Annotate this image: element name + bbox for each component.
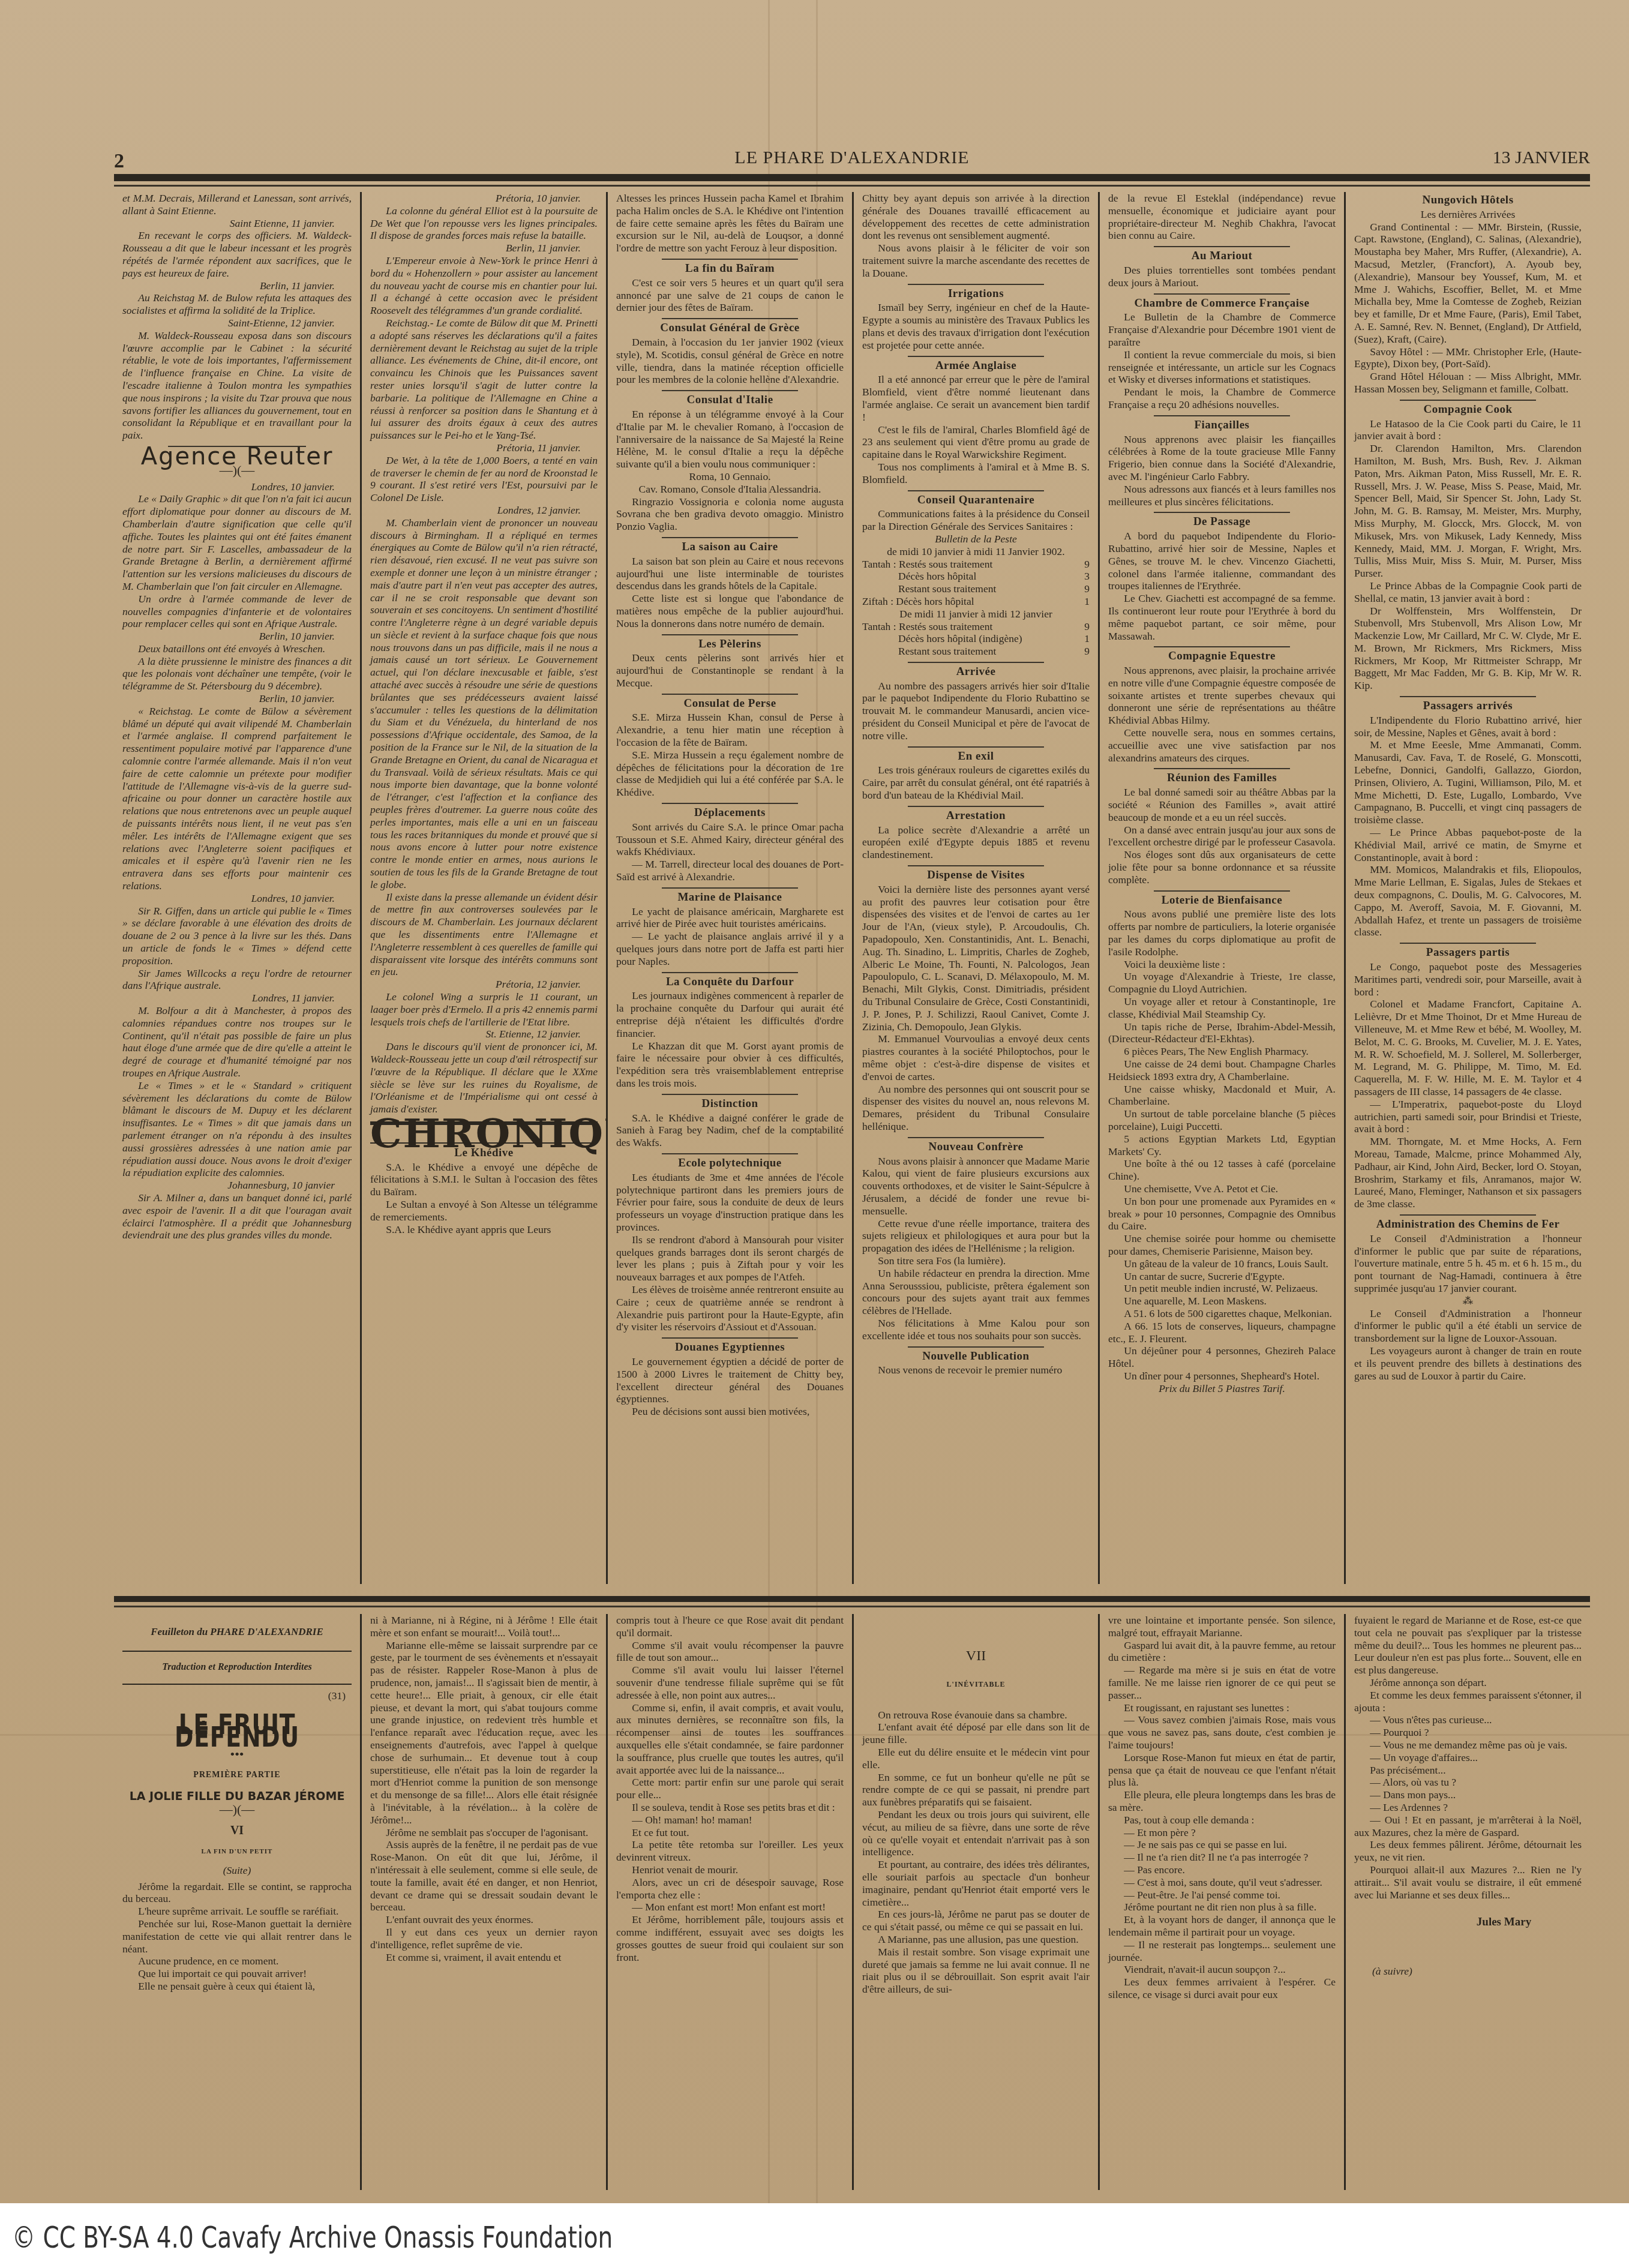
dateline: Prétoria, 11 janvier. [370,442,581,454]
serial-text: En somme, ce fut un bonheur qu'elle ne p… [862,1771,1090,1808]
section-heading: Réunion des Familles [1108,772,1336,785]
issue-date: 13 JANVIER [1493,148,1591,168]
article-text: Ismaïl bey Serry, ingénieur en chef de l… [862,301,1090,351]
bulletin-title: Bulletin de la Peste [862,533,1090,545]
section-divider [1154,768,1290,769]
section-divider [1154,890,1290,892]
dateline: Berlin, 10 janvier. [122,692,335,705]
row-label: Ziftah : Décès hors hôpital [862,595,1072,608]
serial-text: — Il ne resterait pas longtemps... seule… [1108,1939,1336,1964]
article-text: Le « Times » et le « Standard » critique… [122,1079,352,1179]
article-text: — M. Tarrell, directeur local des douane… [616,858,844,883]
section-heading: Consulat d'Italie [616,394,844,407]
serial-text: La petite tête retomba sur l'oreiller. L… [616,1838,844,1864]
section-divider [662,803,798,804]
serial-text: — Les Ardennes ? [1354,1801,1582,1814]
section-divider [1400,696,1536,697]
serial-text: compris tout à l'heure ce que Rose avait… [616,1614,844,1639]
article-text: Dans le discours qu'il vient de prononce… [370,1040,598,1115]
section-divider [908,865,1044,866]
section-divider [662,537,798,538]
article-text: Le yacht de plaisance américain, Marghar… [616,905,844,931]
serial-text: L'enfant ouvrait des yeux énormes. [370,1913,598,1926]
section-divider [662,634,798,635]
serial-text: — Et mon père ? [1108,1826,1336,1839]
newspaper-title: LE PHARE D'ALEXANDRIE [114,148,1590,168]
lottery-item: Une caisse whisky, Macdonald et Muir, A.… [1108,1083,1336,1108]
serial-text: Il se souleva, tendit à Rose ses petits … [616,1801,844,1814]
section-divider [908,490,1044,491]
serial-title: LE FRUIT DÉFENDU [143,1718,331,1744]
article-text: Le Chev. Giachetti est accompagné de sa … [1108,592,1336,642]
article-text: La saison bat son plein au Caire et nous… [616,555,844,592]
serial-text: Comme s'il avait voulu lui laisser l'éte… [616,1664,844,1701]
article-text: — L'Imperatrix, paquebot-poste du Lloyd … [1354,1098,1582,1135]
passenger-list: Colonel et Madame Francfort, Capitaine A… [1354,998,1582,1097]
article-text: Nous apprenons, avec plaisir, la prochai… [1108,664,1336,727]
serial-text: Comme s'il avait voulu récompenser la pa… [616,1639,844,1664]
section-subheading: Les dernières Arrivées [1354,208,1582,221]
lottery-item: Un tapis riche de Perse, Ibrahim-Abdel-M… [1108,1021,1336,1046]
serial-text: — Oui ! Et en passant, je m'arrêterai à … [1354,1814,1582,1839]
dateline: Berlin, 11 janvier. [370,242,581,254]
article-text: Les journaux indigènes commencent à repa… [616,989,844,1039]
column-4: Chitty bey ayant depuis son arrivée à la… [852,192,1098,1584]
serial-text: — Mon enfant est mort! Mon enfant est mo… [616,1901,844,1913]
chapter-title: LA FIN D'UN PETIT [122,1846,352,1858]
serial-text: Et ce fut tout. [616,1826,844,1839]
article-text: Au nombre des passagers arrivés hier soi… [862,680,1090,742]
passenger-list: MM. Thorngate, M. et Mme Hocks, A. Fern … [1354,1135,1582,1210]
feuilleton-column-5: vre une lointaine et importante pensée. … [1098,1614,1344,2190]
section-heading: Conseil Quarantenaire [862,494,1090,507]
serial-text: Et rougissant, en rajustant ses lunettes… [1108,1702,1336,1714]
passenger-list: Dr Wolffenstein, Mrs Wolffenstein, Dr St… [1354,605,1582,692]
row-value: 9 [1072,583,1090,595]
column-2: Prétoria, 10 janvier. La colonne du géné… [360,192,606,1584]
dateline: Prétoria, 12 janvier. [370,978,581,991]
lottery-item: Un dîner pour 4 personnes, Shepheard's H… [1108,1370,1336,1382]
lottery-item: Un surtout de table porcelaine blanche (… [1108,1108,1336,1133]
feuilleton-section: Feuilleton du PHARE D'ALEXANDRIE Traduct… [114,1614,1590,2190]
section-divider [1400,1214,1536,1216]
row-value: 1 [1072,632,1090,645]
serial-text: — Vous savez combien j'aimais Rose, mais… [1108,1714,1336,1751]
dateline: Prétoria, 10 janvier. [370,192,581,205]
serial-text: — Vous ne me demandez même pas où je vai… [1354,1739,1582,1751]
article-text: Cette liste est si longue que l'abondanc… [616,592,844,629]
lottery-item: Un déjeûner pour 4 personnes, Ghezireh P… [1108,1345,1336,1370]
serial-text: — C'est à moi, sans doute, qu'il veut s'… [1108,1876,1336,1889]
bulletin-range: De midi 11 janvier à midi 12 janvier [862,608,1090,620]
section-heading-agence-reuter: Agence Reuter [122,451,352,463]
column-5: de la revue El Esteklal (indépendance) r… [1098,192,1344,1584]
article-text: Deux cents pèlerins sont arrivés hier et… [616,652,844,689]
installment-number: (31) [128,1690,346,1702]
serial-text: Et comme les deux femmes paraissent s'ét… [1354,1689,1582,1714]
serial-text: Pas précisément... [1354,1764,1582,1777]
section-heading: Irrigations [862,288,1090,301]
section-divider [1154,415,1290,416]
article-text: Sir R. Giffen, dans un article qui publi… [122,905,352,967]
article-text: Il contient la revue commerciale du mois… [1108,349,1336,386]
serial-text: L'enfant avait été déposé par elle dans … [862,1721,1090,1746]
article-text: Reichstag.- Le comte de Bülow dit que M.… [370,317,598,442]
ornament: —)(— [122,1804,352,1816]
article-text: Un ordre à l'armée commande de lever de … [122,593,352,630]
section-heading: Au Mariout [1108,250,1336,263]
serial-text: vre une lointaine et importante pensée. … [1108,1614,1336,1639]
asterism: ⁂ [1354,1295,1582,1307]
copyright-notice: © CC BY-SA 4.0 Cavafy Archive Onassis Fo… [12,2220,613,2255]
article-text: S.A. le Khédive a envoyé une dépêche de … [370,1161,598,1198]
lottery-item: A 66. 15 lots de conserves, liqueurs, ch… [1108,1320,1336,1345]
article-text: M. Chamberlain vient de prononcer un nou… [370,517,598,891]
article-text: Le bal donné samedi soir au théâtre Abba… [1108,786,1336,823]
feuilleton-rule [114,1596,1590,1602]
feuilleton-column-4: VII L'INÉVITABLE On retrouva Rose évanou… [852,1614,1098,2190]
article-text: Cette nouvelle sera, nous en sommes cert… [1108,727,1336,764]
article-text: L'Empereur envoie à New-York le prince H… [370,254,598,317]
section-heading: La saison au Caire [616,541,844,554]
article-text: Communications faites à la présidence du… [862,508,1090,533]
section-divider [662,390,798,391]
row-label: Tantah : Restés sous traitement [862,558,1072,571]
serial-text: — Alors, où vas tu ? [1354,1776,1582,1789]
article-text: Le gouvernement égyptien a décidé de por… [616,1355,844,1405]
serial-text: — Oh! maman! ho! maman! [616,1814,844,1826]
section-divider [908,356,1044,357]
article-text: Sir James Willcocks a reçu l'ordre de re… [122,967,352,992]
author-signature: Jules Mary [1354,1916,1582,1929]
serial-text: Pas, tout à coup elle demanda : [1108,1814,1336,1826]
serial-text: Elle ne pensait guère à ceux qui étaient… [122,1980,352,1993]
article-text: Voici la dernière liste des personnes ay… [862,883,1090,1033]
lottery-item: Un voyage d'Alexandrie à Trieste, 1re cl… [1108,970,1336,995]
dateline: Saint-Etienne, 12 janvier. [122,317,335,329]
serial-text: Alors, avec un cri de désespoir sauvage,… [616,1876,844,1901]
article-text: Sir A. Milner a, dans un banquet donné i… [122,1192,352,1241]
chapter-number: VII [862,1650,1090,1663]
feuilleton-header: Feuilleton du PHARE D'ALEXANDRIE [122,1614,352,1652]
serial-text: Les deux femmes arrivaient à l'espérer. … [1108,1976,1336,2001]
lottery-item: Une caisse de 24 demi bout. Champagne Ch… [1108,1058,1336,1083]
serial-text: — Pas encore. [1108,1864,1336,1876]
section-heading: Consulat de Perse [616,698,844,710]
serial-text: — Dans mon pays... [1354,1789,1582,1801]
serial-text: A Marianne, pas une allusion, pas une qu… [862,1933,1090,1946]
article-text: S.E. Mirza Hussein a reçu également nomb… [616,749,844,799]
hotel-arrivals: Grand Hôtel Hélouan : — Miss Albright, M… [1354,370,1582,395]
part-label: PREMIÈRE PARTIE [122,1769,352,1782]
article-text: Il a eté annoncé par erreur que le père … [862,373,1090,423]
section-divider [908,662,1044,663]
table-row: Tantah : Restés sous traitement9 [862,558,1090,571]
serial-text: — Il ne t'a rien dit? Il ne t'a pas inte… [1108,1851,1336,1864]
section-heading: Chambre de Commerce Française [1108,298,1336,310]
serial-text: Mais il restait sombre. Son visage expri… [862,1946,1090,1996]
newspaper-page: 2 LE PHARE D'ALEXANDRIE 13 JANVIER et M.… [0,0,1629,2203]
section-divider [908,806,1044,807]
article-text: M. Bolfour a dit à Manchester, à propos … [122,1004,352,1079]
section-heading: Arrestation [862,810,1090,823]
article-text: Un habile rédacteur en prendra la direct… [862,1267,1090,1317]
article-text: Chitty bey ayant depuis son arrivée à la… [862,192,1090,242]
article-text: Le Sultan a envoyé à Son Altesse un télé… [370,1198,598,1223]
article-text: Le Conseil d'Administration a l'honneur … [1354,1307,1582,1345]
serial-text: Marianne elle-même se laissait surprendr… [370,1639,598,1826]
lottery-item: Un cantar de sucre, Sucrerie d'Egypte. [1108,1270,1336,1283]
dateline: Berlin, 10 janvier. [122,630,335,643]
dateline: Johannesburg, 10 janvier [122,1179,335,1192]
serial-text: En ces jours-là, Jérôme ne parut pas se … [862,1908,1090,1933]
row-label: Décès hors hôpital (indigène) [862,632,1072,645]
table-row: Ziftah : Décès hors hôpital1 [862,595,1090,608]
serial-subtitle: LA JOLIE FILLE DU BAZAR JÉROME [122,1790,352,1803]
plague-table-1: Tantah : Restés sous traitement9 Décès h… [862,558,1090,608]
article-text: Les étudiants de 3me et 4me années de l'… [616,1171,844,1234]
article-text: Ringrazio Vossignoria e colonia nome aug… [616,496,844,533]
serial-text: Et, à la voyant hors de danger, il annon… [1108,1913,1336,1939]
lottery-item: Une chemise soirée pour homme ou chemise… [1108,1232,1336,1258]
lottery-item: Un bon pour une promenade aux Pyramides … [1108,1195,1336,1232]
article-text: A bord du paquebot Indipendente du Flori… [1108,530,1336,592]
section-heading: Passagers partis [1354,947,1582,959]
section-heading: En exil [862,751,1090,763]
plague-table-2: Tantah : Restés sous traitement9 Décès h… [862,620,1090,658]
serial-text: Et comme si, vraiment, il avait entendu … [370,1951,598,1964]
article-text: M. Emmanuel Vourvoulias a envoyé deux ce… [862,1033,1090,1082]
section-heading: Consulat Général de Grèce [616,322,844,335]
serial-text: Elle eut du délire ensuite et le médecin… [862,1746,1090,1771]
section-heading: Armée Anglaise [862,360,1090,373]
section-heading: De Passage [1108,516,1336,529]
serial-text: — Vous n'êtes pas curieuse... [1354,1714,1582,1726]
serial-text: ni à Marianne, ni à Régine, ni à Jérôme … [370,1614,598,1639]
lottery-item: 5 actions Egyptian Markets Ltd, Egyptian… [1108,1133,1336,1158]
table-row: Restant sous traitement9 [862,583,1090,595]
section-divider [908,1346,1044,1348]
row-value: 9 [1072,558,1090,571]
reproduction-notice: Traduction et Reproduction Interdites [122,1652,352,1685]
article-text: Le « Daily Graphic » dit que l'on n'a fa… [122,493,352,592]
article-text: La colonne du général Elliot est à la po… [370,205,598,242]
article-text: Nous avons plaisir à annoncer que Madame… [862,1155,1090,1217]
article-text: A la diète prussienne le ministre des fi… [122,655,352,692]
lottery-item: 6 pièces Pears, The New English Pharmacy… [1108,1045,1336,1058]
column-1: et M.M. Decrais, Millerand et Lanessan, … [114,192,360,1584]
section-divider [1154,512,1290,513]
article-text: Nous avons plaisir à le féliciter de voi… [862,242,1090,279]
lottery-item: A 51. 6 lots de 500 cigarettes chaque, M… [1108,1307,1336,1320]
article-text: Ils se rendront d'abord à Mansourah pour… [616,1234,844,1283]
serial-text: — Peut-être. Je l'ai pensé comme toi. [1108,1889,1336,1901]
lottery-item: Une aquarelle, M. Leon Maskens. [1108,1295,1336,1307]
article-text: Demain, à l'occasion du 1er janvier 1902… [616,336,844,386]
masthead: 2 LE PHARE D'ALEXANDRIE 13 JANVIER [114,144,1590,174]
section-divider [908,284,1044,285]
article-text: M. Waldeck-Rousseau exposa dans son disc… [122,329,352,442]
section-heading: Nouveau Confrère [862,1141,1090,1154]
lottery-item: Une chemisette, Vve A. Petot et Cie. [1108,1183,1336,1195]
section-heading: Passagers arrivés [1354,700,1582,713]
article-text: Nous adressons aux fiancés et à leurs fa… [1108,483,1336,508]
section-heading: Fiançailles [1108,419,1336,432]
article-text: Nos félicitations à Mme Kalou pour son e… [862,1317,1090,1342]
section-divider [1400,943,1536,944]
serial-text: Et pourtant, au contraire, des idées trè… [862,1858,1090,1908]
row-label: Décès hors hôpital [862,570,1072,583]
serial-text: Et Jérôme, horriblement pâle, toujours a… [616,1913,844,1963]
dateline: Londres, 10 janvier. [122,481,335,493]
article-text: Cav. Romano, Console d'Italia Alessandri… [616,483,844,496]
section-heading: Compagnie Equestre [1108,650,1336,663]
news-columns: et M.M. Decrais, Millerand et Lanessan, … [114,192,1590,1584]
article-text: Peu de décisions sont aussi bien motivée… [616,1405,844,1418]
serial-text: Gaspard lui avait dit, à la pauvre femme… [1108,1639,1336,1664]
serial-text: Jérôme la regardait. Elle se contint, se… [122,1880,352,1906]
article-text: Le Khazzan dit que M. Gorst ayant promis… [616,1040,844,1090]
serial-text: — Pourquoi ? [1354,1726,1582,1739]
hotel-arrivals: Grand Continental : — MMr. Birstein, (Ru… [1354,221,1582,346]
section-heading: Nouvelle Publication [862,1351,1090,1363]
article-text: Altesses les princes Hussein pacha Kamel… [616,192,844,254]
to-be-continued: (à suivre) [1354,1965,1582,1978]
table-row: Restant sous traitement9 [862,645,1090,658]
dateline: Londres, 12 janvier. [370,504,581,517]
lottery-item: Un gâteau de la valeur de 10 francs, Lou… [1108,1258,1336,1270]
section-divider [662,887,798,889]
section-heading: Arrivée [862,666,1090,679]
row-label: Restant sous traitement [862,645,1072,658]
section-divider [1154,246,1290,247]
serial-text: Jérôme annonça son départ. [1354,1676,1582,1689]
article-text: Le Hatasoo de la Cie Cook parti du Caire… [1354,418,1582,443]
article-text: S.A. le Khédive a daigné conférer le gra… [616,1112,844,1149]
article-text: Il existe dans la presse allemande un év… [370,891,598,979]
section-divider [908,746,1044,748]
article-text: Des pluies torrentielles sont tombées pe… [1108,264,1336,289]
article-text: Deux bataillons ont été envoyés à Wresch… [122,643,352,655]
dateline: St. Etienne, 12 janvier. [370,1028,581,1040]
article-text: Le colonel Wing a surpris le 11 courant,… [370,991,598,1028]
article-text: de la revue El Esteklal (indépendance) r… [1108,192,1336,242]
ticket-price: Prix du Billet 5 Piastres Tarif. [1108,1382,1336,1395]
section-divider [662,318,798,319]
article-text: et M.M. Decrais, Millerand et Lanessan, … [122,192,352,217]
hotel-arrivals: Savoy Hôtel : — MMr. Christopher Erle, (… [1354,346,1582,371]
feuilleton-column-6: fuyaient le regard de Marianne et de Ros… [1344,1614,1590,2190]
dateline: Londres, 11 janvier. [122,992,335,1004]
serial-text: — Je ne sais pas ce qui se passe en lui. [1108,1838,1336,1851]
section-heading-chronique: CHRONIQUE [370,1121,598,1144]
serial-text: Aucune prudence, en ce moment. [122,1955,352,1967]
serial-text: Penchée sur lui, Rose-Manon guettait la … [122,1918,352,1955]
serial-text: Henriot venait de mourir. [616,1864,844,1876]
serial-text: On retrouva Rose évanouie dans sa chambr… [862,1709,1090,1721]
serial-text: — Regarde ma mère si je suis en état de … [1108,1664,1336,1701]
feuilleton-column-3: compris tout à l'heure ce que Rose avait… [606,1614,852,2190]
lottery-item: Une boîte à thé ou 12 tasses à café (por… [1108,1157,1336,1183]
article-text: « Reichstag. Le comte de Bülow a sévèrem… [122,705,352,892]
serial-text: Elle pleura, elle pleura longtemps dans … [1108,1789,1336,1814]
section-divider [662,972,798,973]
article-text: Pendant le mois, la Chambre de Commerce … [1108,386,1336,411]
article-text: Au nombre des personnes qui ont souscrit… [862,1083,1090,1133]
article-text: Nos éloges sont dûs aux organisateurs de… [1108,848,1336,886]
passenger-list: M. et Mme Eeesle, Mme Ammanati, Comm. Ma… [1354,739,1582,826]
chapter-number: VI [122,1825,352,1837]
dateline: Berlin, 11 janvier. [122,280,335,292]
article-text: S.A. le Khédive ayant appris que Leurs [370,1223,598,1236]
serial-text: Pourquoi allait-il aux Mazures ?... Rien… [1354,1864,1582,1901]
article-text: De Wet, à la tête de 1,000 Boers, a tent… [370,454,598,504]
article-text: — Le Prince Abbas paquebot-poste de la K… [1354,826,1582,863]
continued-label: (Suite) [122,1864,352,1877]
serial-text: Jérôme pourtant ne dit rien non plus à s… [1108,1901,1336,1913]
serial-text: Viendrait, n'avait-il aucun soupçon ?... [1108,1963,1336,1976]
table-row: Tantah : Restés sous traitement9 [862,620,1090,633]
row-value: 3 [1072,570,1090,583]
article-text: Les élèves de troisème année rentreront … [616,1283,844,1333]
article-text: Voici la deuxième liste : [1108,958,1336,971]
article-text: Nous venons de recevoir le premier numér… [862,1364,1090,1376]
column-6: Nungovich Hôtels Les dernières Arrivées … [1344,192,1590,1584]
section-divider [662,1094,798,1095]
section-divider [908,1137,1044,1138]
row-value: 9 [1072,620,1090,633]
section-heading: Dispense de Visites [862,869,1090,882]
section-heading: Loterie de Bienfaisance [1108,895,1336,907]
article-text: Au Reichstag M. de Bulow refuta les atta… [122,292,352,317]
article-text: Le Prince Abbas de la Compagnie Cook par… [1354,580,1582,605]
serial-text: Comme si, enfin, il avait compris, et av… [616,1702,844,1777]
serial-text: fuyaient le regard de Marianne et de Ros… [1354,1614,1582,1676]
article-text: C'est le fils de l'amiral, Charles Blomf… [862,424,1090,461]
section-heading: Déplacements [616,807,844,820]
section-heading: Nungovich Hôtels [1354,194,1582,207]
serial-text: Assis auprès de la fenêtre, il ne perdai… [370,1838,598,1913]
section-heading: Distinction [616,1098,844,1111]
serial-text: Jérôme ne semblait pas s'occuper de l'ag… [370,1826,598,1839]
chapter-title: L'INÉVITABLE [862,1678,1090,1691]
bulletin-range: de midi 10 janvier à midi 11 Janvier 190… [862,545,1090,558]
serial-text: Pendant les deux ou trois jours qui suiv… [862,1808,1090,1858]
article-text: Nous apprenons avec plaisir les fiançail… [1108,433,1336,483]
section-heading: Marine de Plaisance [616,892,844,904]
section-heading: Les Pèlerins [616,638,844,651]
serial-text: Cette mort: partir enfin sur une parole … [616,1776,844,1801]
row-label: Restant sous traitement [862,583,1072,595]
masthead-rule [114,174,1590,181]
article-text: On a dansé avec entrain jusqu'au jour au… [1108,824,1336,849]
section-heading: La Conquête du Darfour [616,976,844,989]
table-row: Décès hors hôpital3 [862,570,1090,583]
section-divider [662,694,798,695]
dateline: Londres, 10 janvier. [122,892,335,905]
article-text: Son titre sera Fos (la lumière). [862,1255,1090,1267]
serial-text: Lorsque Rose-Manon fut mieux en état de … [1108,1751,1336,1789]
article-text: Les trois généraux rouleurs de cigarette… [862,764,1090,801]
article-text: En réponse à un télégramme envoyé à la C… [616,408,844,470]
article-text: Le Conseil d'Administration a l'honneur … [1354,1232,1582,1295]
table-row: Décès hors hôpital (indigène)1 [862,632,1090,645]
article-text: Cette revue d'une réelle importance, tra… [862,1217,1090,1255]
article-text: Sont arrivés du Caire S.A. le prince Oma… [616,821,844,858]
article-text: Les voyageurs auront à changer de train … [1354,1345,1582,1382]
article-text: Roma, 10 Gennaio. [616,470,844,483]
serial-text: Il y eut dans ces yeux un dernier rayon … [370,1926,598,1951]
